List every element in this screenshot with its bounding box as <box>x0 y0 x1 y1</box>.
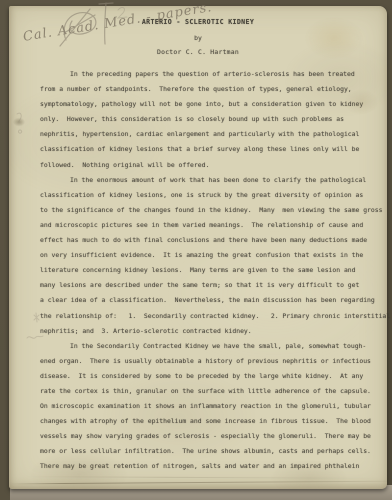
text-line: effect has much to do with final conclus… <box>40 233 370 248</box>
text-line: On microscopic examination it shows an i… <box>40 399 370 414</box>
text-line: In the enormous amount of work that has … <box>40 173 370 188</box>
paper-crease <box>9 481 387 485</box>
text-line: only. However, this consideration is so … <box>40 112 370 127</box>
text-line: vessels may show varying grades of scler… <box>40 429 370 444</box>
paper-crease-faint <box>24 476 379 479</box>
text-line: to the significance of the changes found… <box>40 203 370 218</box>
text-line: from a number of standpoints. Therefore … <box>40 82 370 97</box>
text-line: disease. It is considered by some to be … <box>40 369 370 384</box>
text-line: on very insufficient evidence. It is ama… <box>40 248 370 263</box>
text-line: followed. Nothing original will be offer… <box>40 158 370 173</box>
text-line: nephritis; and 3. Arterio-sclerotic cont… <box>40 324 370 339</box>
text-line: nephritis, hypertension, cardiac enlarge… <box>40 127 370 142</box>
text-line: more or less cellular infiltration. The … <box>40 444 370 459</box>
text-line: In the preceding papers the question of … <box>40 67 370 82</box>
document-body: In the preceding papers the question of … <box>40 67 370 475</box>
text-line: many lesions are described under the sam… <box>40 278 370 293</box>
text-line: symptomatology, pathology will not be go… <box>40 97 370 112</box>
author-name: Doctor C. C. Hartman <box>9 48 387 56</box>
text-line: classification of kidney lesions, one is… <box>40 188 370 203</box>
text-line: rate the cortex is thin, granular on the… <box>40 384 370 399</box>
document-title: ARTERIO - SCLEROTIC KIDNEY <box>9 18 387 26</box>
text-line: There may be great retention of nitrogen… <box>40 459 370 474</box>
text-line: changes with atrophy of the epithelium a… <box>40 414 370 429</box>
text-line: ened organ. There is usually obtainable … <box>40 354 370 369</box>
text-line: classification of kidney lesions that a … <box>40 142 370 157</box>
text-line: literature concerning kidney lesions. Ma… <box>40 263 370 278</box>
text-line: a clear idea of a classification. Nevert… <box>40 293 370 308</box>
text-line: the relationship of: 1. Secondarily cont… <box>40 309 370 324</box>
scanned-document-view: ARTERIO - SCLEROTIC KIDNEY by Doctor C. … <box>0 0 392 500</box>
byline: by <box>9 34 387 42</box>
text-line: In the Secondarily Contracted Kidney we … <box>40 339 370 354</box>
text-line: and microscopic pictures see in them var… <box>40 218 370 233</box>
document-page: ARTERIO - SCLEROTIC KIDNEY by Doctor C. … <box>9 6 387 489</box>
